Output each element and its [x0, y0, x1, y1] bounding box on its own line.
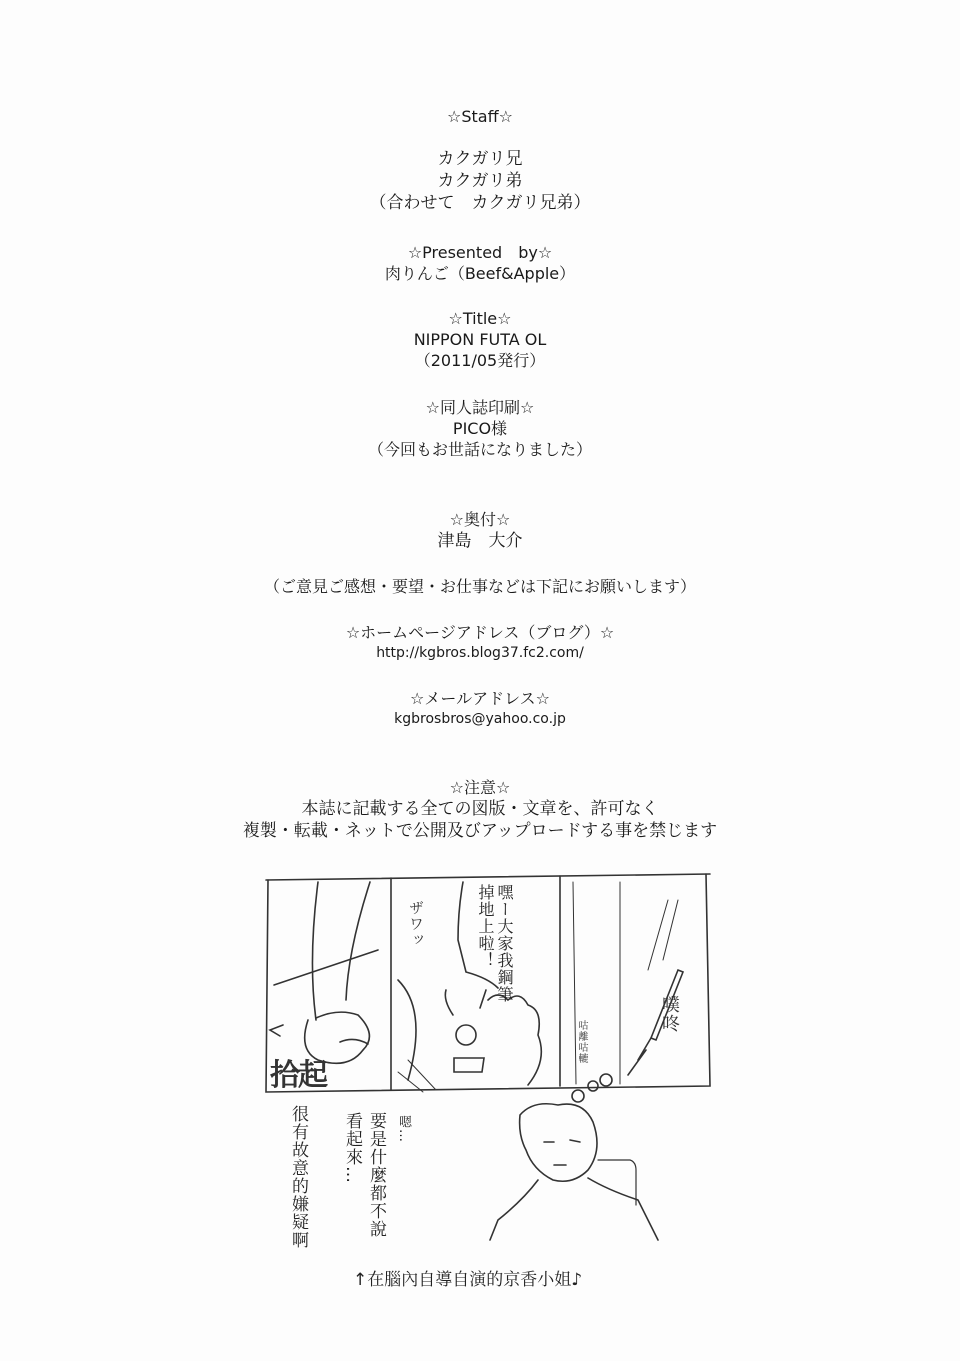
comic-strip: 拾起 ザワッ 嘿ー大家我鋼筆掉地上啦！ 咕離咕轆 噗咚 嗯… 要是什麼都不說 看…: [258, 860, 718, 1280]
notice-heading: ☆注意☆: [0, 777, 960, 798]
thought-hmm: 嗯…: [394, 1115, 413, 1143]
email-section: ☆メールアドレス☆ kgbrosbros@yahoo.co.jp: [0, 688, 960, 730]
email-heading: ☆メールアドレス☆: [0, 688, 960, 709]
author-name: 津島 大介: [0, 530, 960, 552]
homepage-section: ☆ホームページアドレス（ブログ）☆ http://kgbros.blog37.f…: [0, 622, 960, 664]
feedback-note: （ご意見ご感想・要望・お仕事などは下記にお願いします）: [0, 576, 960, 597]
homepage-heading: ☆ホームページアドレス（ブログ）☆: [0, 622, 960, 643]
printer-note: （今回もお世話になりました）: [0, 439, 960, 460]
printing-section: ☆同人誌印刷☆ PICO様 （今回もお世話になりました）: [0, 397, 960, 460]
feedback-text: （ご意見ご感想・要望・お仕事などは下記にお願いします）: [0, 576, 960, 597]
staff-line: カクガリ弟: [0, 170, 960, 192]
homepage-url[interactable]: http://kgbros.blog37.fc2.com/: [0, 643, 960, 664]
speech-bubble-pen-dropped: 嘿ー大家我鋼筆掉地上啦！: [476, 884, 514, 1004]
release-date: （2011/05発行）: [0, 350, 960, 371]
staff-heading: ☆Staff☆: [0, 106, 960, 127]
speech-suspicious: 很有故意的嫌疑啊: [288, 1105, 307, 1249]
notice-line: 本誌に記載する全ての図版・文章を、許可なく: [0, 798, 960, 820]
printing-heading: ☆同人誌印刷☆: [0, 397, 960, 418]
colophon-section: ☆奥付☆ 津島 大介: [0, 509, 960, 552]
comic-caption: ↑在腦內自導自演的京香小姐♪: [353, 1265, 582, 1290]
staff-section: ☆Staff☆ カクガリ兄 カクガリ弟 （合わせて カクガリ兄弟）: [0, 106, 960, 214]
colophon-page: ☆Staff☆ カクガリ兄 カクガリ弟 （合わせて カクガリ兄弟） ☆Prese…: [0, 0, 960, 1361]
staff-line: （合わせて カクガリ兄弟）: [0, 192, 960, 214]
sfx-pick-up: 拾起: [270, 1050, 326, 1094]
colophon-heading: ☆奥付☆: [0, 509, 960, 530]
sfx-murmur: ザワッ: [406, 900, 425, 948]
presented-by-heading: ☆Presented by☆: [0, 242, 960, 263]
staff-line: カクガリ兄: [0, 148, 960, 170]
book-title: NIPPON FUTA OL: [0, 329, 960, 350]
speech-if-nothing-said: 要是什麼都不說: [366, 1112, 385, 1238]
speech-looks-like: 看起來…: [342, 1112, 361, 1184]
notice-section: ☆注意☆ 本誌に記載する全ての図版・文章を、許可なく 複製・転載・ネットで公開及…: [0, 777, 960, 842]
sfx-rolling: 咕離咕轆: [576, 1020, 587, 1064]
title-heading: ☆Title☆: [0, 308, 960, 329]
title-section: ☆Title☆ NIPPON FUTA OL （2011/05発行）: [0, 308, 960, 371]
circle-name: 肉りんご（Beef&Apple）: [0, 263, 960, 284]
sfx-thud: 噗咚: [660, 995, 679, 1033]
notice-line: 複製・転載・ネットで公開及びアップロードする事を禁じます: [0, 820, 960, 842]
email-address[interactable]: kgbrosbros@yahoo.co.jp: [0, 709, 960, 730]
printer-name: PICO様: [0, 418, 960, 439]
presented-by-section: ☆Presented by☆ 肉りんご（Beef&Apple）: [0, 242, 960, 284]
